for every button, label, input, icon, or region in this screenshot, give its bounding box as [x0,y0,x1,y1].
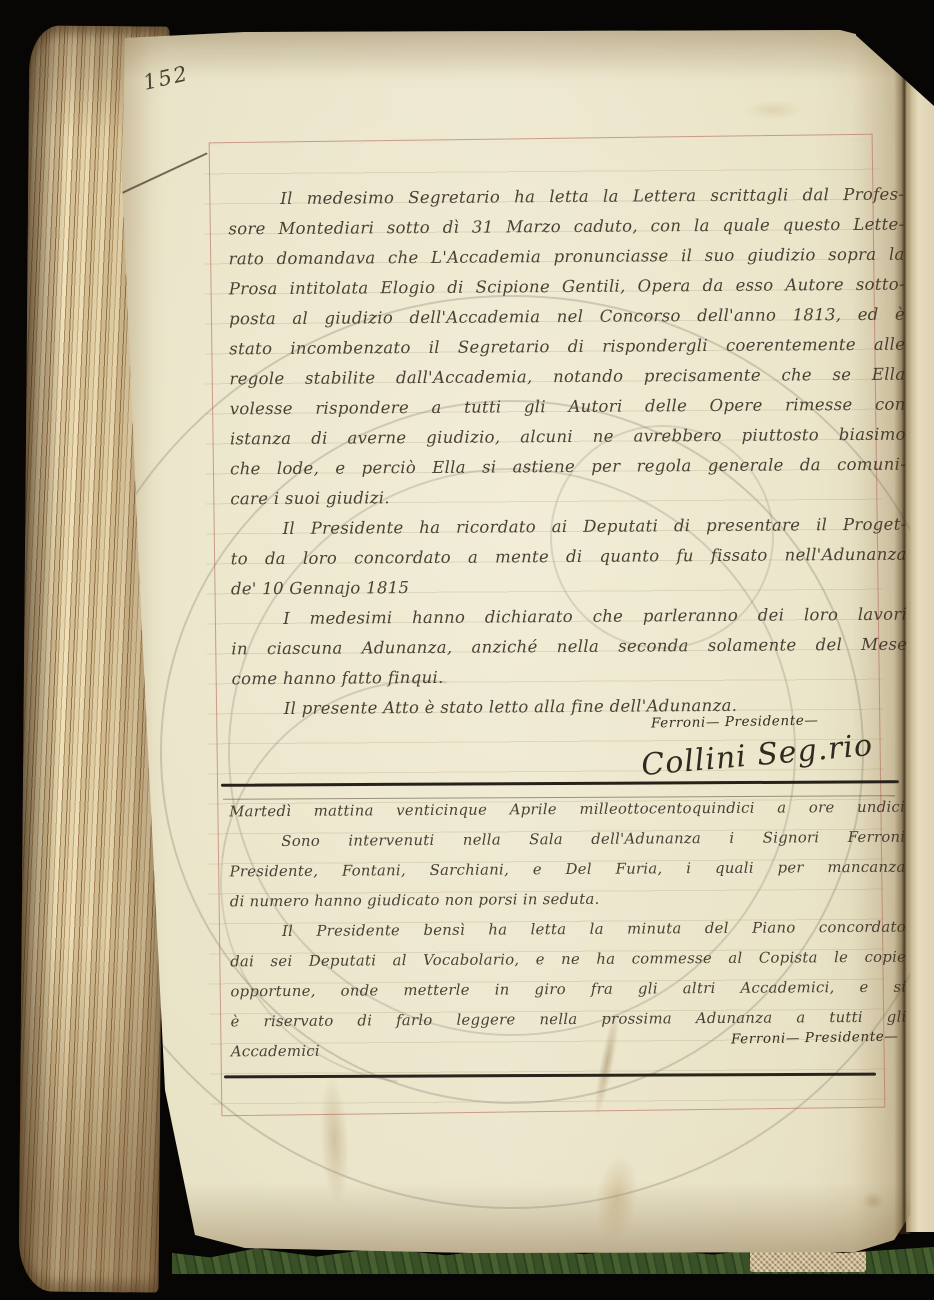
manuscript-line: Prosa intitolata Elogio di Scipione Gent… [229,270,905,305]
manuscript-line: de' 10 Gennajo 1815 [231,570,907,605]
manuscript-line: che lode, e perciò Ella si astiene per r… [230,450,906,485]
folio-number: 152 [141,61,191,95]
manuscript-line: to da loro concordato a mente di quanto … [231,540,907,575]
manuscript-line: regole stabilite dall'Accademia, notando… [229,360,905,395]
manuscript-line: posta al giudizio dell'Accademia nel Con… [229,300,905,335]
act2-minutes-text: Martedì mattina venticinque Aprile mille… [229,793,907,1068]
manuscript-line: stato incombenzato il Segretario di risp… [229,330,905,365]
manuscript-line: in ciascuna Adunanza, anziché nella seco… [231,630,907,665]
manuscript-page: 152 Il medesimo Segretario ha letta la L… [95,30,910,1255]
paper-stain [857,1188,889,1214]
manuscript-line: Il Presidente bensì ha letta la minuta d… [230,913,906,948]
manuscript-line: istanza di averne giudizio, alcuni ne av… [230,420,906,455]
manuscript-line: Martedì mattina venticinque Aprile mille… [229,793,905,828]
paper-stain [731,96,815,124]
manuscript-line: rato domandava che L'Accademia pronuncia… [229,240,905,275]
manuscript-line: volesse rispondere a tutti gli Autori de… [230,390,906,425]
manuscript-line: come hanno fatto finqui. [231,660,907,695]
manuscript-line: I medesimi hanno dichiarato che parleran… [231,600,907,635]
manuscript-line: Il medesimo Segretario ha letta la Lette… [228,180,904,215]
signature-ferroni-presidente: Ferroni— Presidente— [651,713,819,732]
signature-ferroni-presidente: Ferroni— Presidente— [731,1029,899,1048]
manuscript-line: di numero hanno giudicato non porsi in s… [230,883,906,918]
manuscript-line: dai sei Deputati al Vocabolario, e ne ha… [230,943,906,978]
manuscript-line: Sono intervenuti nella Sala dell'Adunanz… [229,823,905,858]
manuscript-line: Presidente, Fontani, Sarchiani, e Del Fu… [229,853,905,888]
manuscript-line: opportune, onde metterle in giro fra gli… [230,973,906,1008]
manuscript-line: Il Presidente ha ricordato ai Deputati d… [230,510,906,545]
manuscript-line: care i suoi giudizi. [230,480,906,515]
manuscript-line: sore Montediari sotto dì 31 Marzo caduto… [228,210,904,245]
cover-cloth-texture [750,1250,866,1272]
paper-stain [580,1139,653,1269]
page-gutter-crease [894,26,912,1234]
act1-minutes-text: Il medesimo Segretario ha letta la Lette… [228,180,908,725]
photograph-of-manuscript: { "page": { "number_label": "152" }, "ma… [0,0,934,1300]
